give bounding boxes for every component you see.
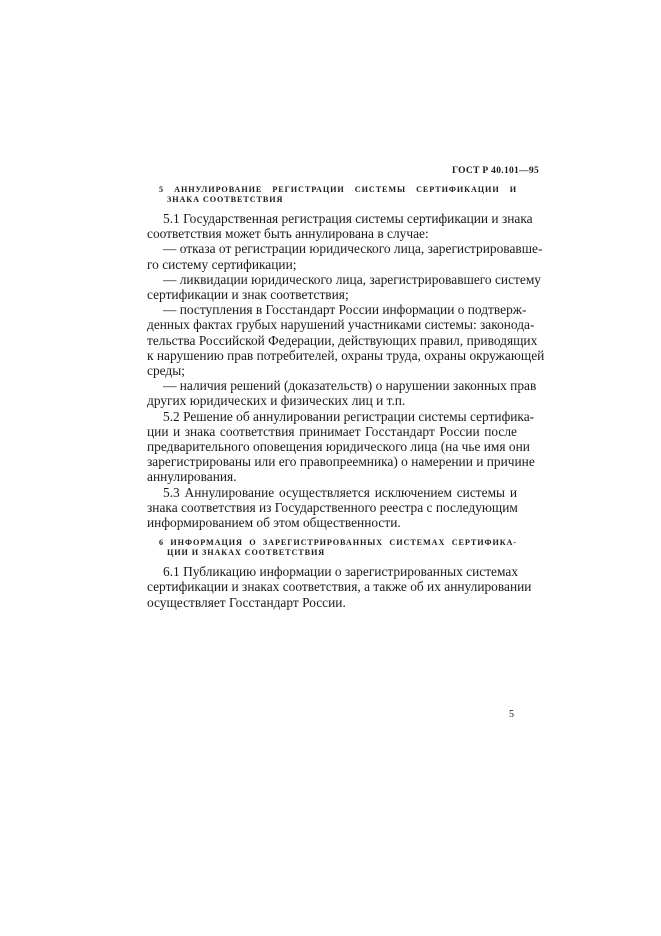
- text-line: знака соответствия из Государственного р…: [147, 500, 517, 515]
- heading-line: ЦИИ И ЗНАКАХ СООТВЕТСТВИЯ: [159, 548, 517, 558]
- text-line: тельства Российской Федерации, действующ…: [147, 333, 517, 348]
- text-line: зарегистрированы или его правопреемника)…: [147, 454, 517, 469]
- text-line: сертификации и знаках соответствия, а та…: [147, 579, 517, 594]
- paragraph-6-1: 6.1 Публикацию информации о зарегистриро…: [147, 564, 517, 610]
- heading-line: ЗНАКА СООТВЕТСТВИЯ: [159, 195, 517, 205]
- list-item-3: — поступления в Госстандарт России инфор…: [147, 302, 517, 378]
- text-line: соответствия может быть аннулирована в с…: [147, 226, 517, 241]
- text-line: — отказа от регистрации юридического лиц…: [147, 241, 517, 256]
- list-item-4: — наличия решений (доказательств) о нару…: [147, 378, 517, 408]
- text-line: 5.1 Государственная регистрация системы …: [147, 211, 517, 226]
- paragraph-5-2: 5.2 Решение об аннулировании регистрации…: [147, 409, 517, 485]
- text-line: 5.3 Аннулирование осуществляется исключе…: [147, 485, 517, 500]
- text-line: — поступления в Госстандарт России инфор…: [147, 302, 517, 317]
- section-5-heading: 5 АННУЛИРОВАНИЕ РЕГИСТРАЦИИ СИСТЕМЫ СЕРТ…: [147, 185, 517, 205]
- section-6-heading: 6 ИНФОРМАЦИЯ О ЗАРЕГИСТРИРОВАННЫХ СИСТЕМ…: [147, 538, 517, 558]
- list-item-2: — ликвидации юридического лица, зарегист…: [147, 272, 517, 302]
- text-line: среды;: [147, 363, 517, 378]
- text-line: — наличия решений (доказательств) о нару…: [147, 378, 517, 393]
- heading-line: 5 АННУЛИРОВАНИЕ РЕГИСТРАЦИИ СИСТЕМЫ СЕРТ…: [159, 185, 517, 195]
- text-line: осуществляет Госстандарт России.: [147, 595, 517, 610]
- page-content: 5 АННУЛИРОВАНИЕ РЕГИСТРАЦИИ СИСТЕМЫ СЕРТ…: [147, 185, 517, 610]
- text-line: других юридических и физических лиц и т.…: [147, 393, 517, 408]
- text-line: — ликвидации юридического лица, зарегист…: [147, 272, 517, 287]
- standard-code: ГОСТ Р 40.101—95: [452, 166, 539, 176]
- heading-line: 6 ИНФОРМАЦИЯ О ЗАРЕГИСТРИРОВАННЫХ СИСТЕМ…: [159, 538, 517, 548]
- page-number: 5: [509, 709, 514, 720]
- text-line: информированием об этом общественности.: [147, 515, 517, 530]
- list-item-1: — отказа от регистрации юридического лиц…: [147, 241, 517, 271]
- text-line: го систему сертификации;: [147, 257, 517, 272]
- text-line: аннулирования.: [147, 469, 517, 484]
- text-line: предварительного оповещения юридического…: [147, 439, 517, 454]
- paragraph-5-3: 5.3 Аннулирование осуществляется исключе…: [147, 485, 517, 531]
- paragraph-5-1: 5.1 Государственная регистрация системы …: [147, 211, 517, 241]
- text-line: денных фактах грубых нарушений участника…: [147, 317, 517, 332]
- text-line: к нарушению прав потребителей, охраны тр…: [147, 348, 517, 363]
- document-page: ГОСТ Р 40.101—95 5 АННУЛИРОВАНИЕ РЕГИСТР…: [0, 0, 661, 936]
- text-line: сертификации и знак соответствия;: [147, 287, 517, 302]
- text-line: 5.2 Решение об аннулировании регистрации…: [147, 409, 517, 424]
- text-line: 6.1 Публикацию информации о зарегистриро…: [147, 564, 517, 579]
- text-line: ции и знака соответствия принимает Госст…: [147, 424, 517, 439]
